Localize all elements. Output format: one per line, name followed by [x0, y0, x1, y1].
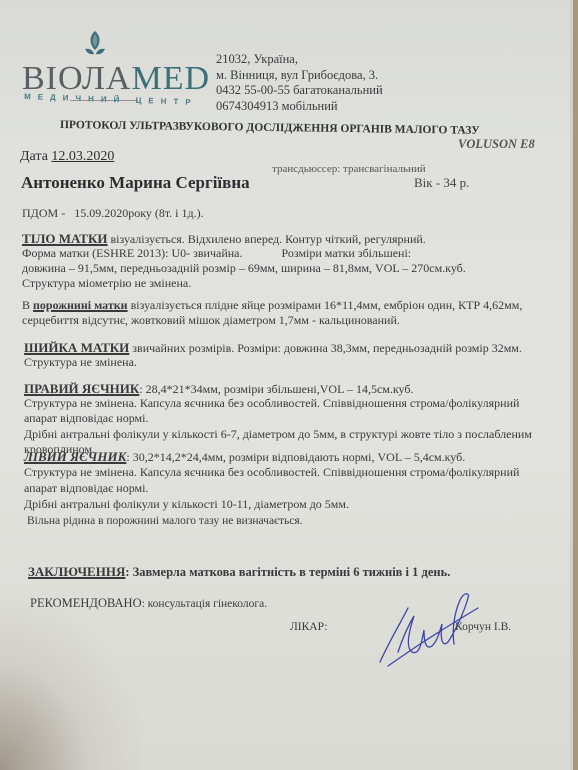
conclusion-text: : Завмерла маткова вагітність в терміні … — [125, 565, 450, 579]
exam-date: Дата 12.03.2020 — [20, 149, 114, 165]
conclusion: ЗАКЛЮЧЕННЯ: Завмерла маткова вагітність … — [28, 564, 450, 580]
uterus-body-line-4: Структура міометрію не змінена. — [22, 276, 191, 291]
uterus-body-line-2: Форма матки (ESHRE 2013): U0- звичайна. … — [22, 246, 411, 261]
right-ovary-line-4: Дрібні антральні фолікули у кількості 6-… — [24, 427, 532, 442]
cervix-heading: ШИЙКА МАТКИ — [24, 340, 129, 355]
pdom-label: ПДОМ - — [22, 206, 65, 220]
recommendation-text: : консультація гінеколога. — [142, 598, 267, 610]
uterus-body-line-1: ТІЛО МАТКИ візуалізується. Відхилено впе… — [22, 231, 426, 247]
left-ovary-line-3: апарат відповідає нормі. — [24, 481, 148, 496]
phone-multichannel: 0432 55-00-55 багатоканальний — [216, 83, 383, 98]
logo-text-main: ВІОЛА — [22, 60, 131, 97]
uterus-shape: Форма матки (ESHRE 2013): U0- звичайна. — [22, 246, 243, 260]
uterine-cavity-heading: порожнині матки — [33, 298, 128, 312]
cavity-prefix: В — [22, 298, 33, 312]
free-fluid-note: Вільна рідина в порожнині малого тазу не… — [27, 515, 303, 527]
uterus-body-text: візуалізується. Відхилено вперед. Контур… — [108, 232, 426, 246]
cervix-line-1: ШИЙКА МАТКИ звичайних розмірів. Розміри:… — [24, 340, 522, 356]
uterus-body-heading: ТІЛО МАТКИ — [22, 231, 108, 246]
cervix-line-2: Структура не змінена. — [24, 355, 137, 370]
patient-age: Вік - 34 р. — [414, 175, 469, 191]
uterine-cavity-line-2: серцебиття відсутнє, жовтковий мішок діа… — [22, 313, 400, 328]
logo-text-accent: MED — [131, 60, 210, 97]
left-ovary-line-2: Структура не змінена. Капсула яєчника бе… — [24, 465, 519, 480]
left-ovary-heading: ЛІВИЙ ЯЄЧНИК — [24, 449, 126, 464]
right-ovary-heading: ПРАВИЙ ЯЄЧНИК — [24, 381, 139, 396]
conclusion-heading: ЗАКЛЮЧЕННЯ — [28, 564, 125, 579]
address-line-2: м. Вінниця, вул Грибоєдова, 3. — [216, 68, 378, 83]
phone-mobile: 0674304913 мобільний — [216, 99, 338, 114]
date-value: 12.03.2020 — [51, 149, 114, 164]
document-page: ВІОЛАMED МЕДИЧНИЙ ЦЕНТР 21032, Україна, … — [0, 0, 573, 770]
right-ovary-line-2: Структура не змінена. Капсула яєчника бе… — [24, 396, 519, 411]
left-ovary-line-4: Дрібні антральні фолікули у кількості 10… — [24, 497, 349, 512]
uterine-cavity-line-1: В порожнині матки візуалізується плідне … — [22, 298, 522, 313]
doctor-label: ЛІКАР: — [290, 621, 328, 633]
cervix-text: звичайних розмірів. Розміри: довжина 38,… — [129, 341, 522, 355]
transducer-type: трансдьюссер: трансвагінальний — [272, 163, 426, 175]
pdom: ПДОМ - 15.09.2020року (8т. і 1д.). — [22, 206, 204, 221]
uterus-body-line-3: довжина – 91,5мм, передньозадній розмір … — [22, 261, 466, 276]
right-ovary-line-3: апарат відповідає нормі. — [24, 411, 148, 426]
left-ovary-line-1: ЛІВИЙ ЯЄЧНИК: 30,2*14,2*24,4мм, розміри … — [24, 449, 465, 465]
patient-name: Антоненко Марина Сергіївна — [21, 173, 250, 193]
left-ovary-text: : 30,2*14,2*24,4мм, розміри відповідають… — [126, 450, 465, 464]
uterus-size-note: Розміри матки збільшені: — [282, 246, 412, 260]
document-title: ПРОТОКОЛ УЛЬТРАЗВУКОВОГО ДОСЛІДЖЕННЯ ОРГ… — [60, 119, 480, 137]
address-line-1: 21032, Україна, — [216, 52, 298, 67]
hand-shadow — [0, 600, 140, 770]
right-ovary-text: : 28,4*21*34мм, розміри збільшені,VOL – … — [139, 382, 413, 396]
uterine-cavity-text: візуалізується плідне яйце розмірами 16*… — [128, 298, 523, 312]
device-name: VOLUSON E8 — [458, 137, 535, 152]
date-label: Дата — [20, 149, 48, 164]
lotus-icon — [84, 30, 106, 58]
right-ovary-line-1: ПРАВИЙ ЯЄЧНИК: 28,4*21*34мм, розміри збі… — [24, 381, 413, 397]
pdom-value: 15.09.2020року (8т. і 1д.). — [74, 206, 203, 220]
doctor-name: Корчун І.В. — [455, 621, 511, 633]
